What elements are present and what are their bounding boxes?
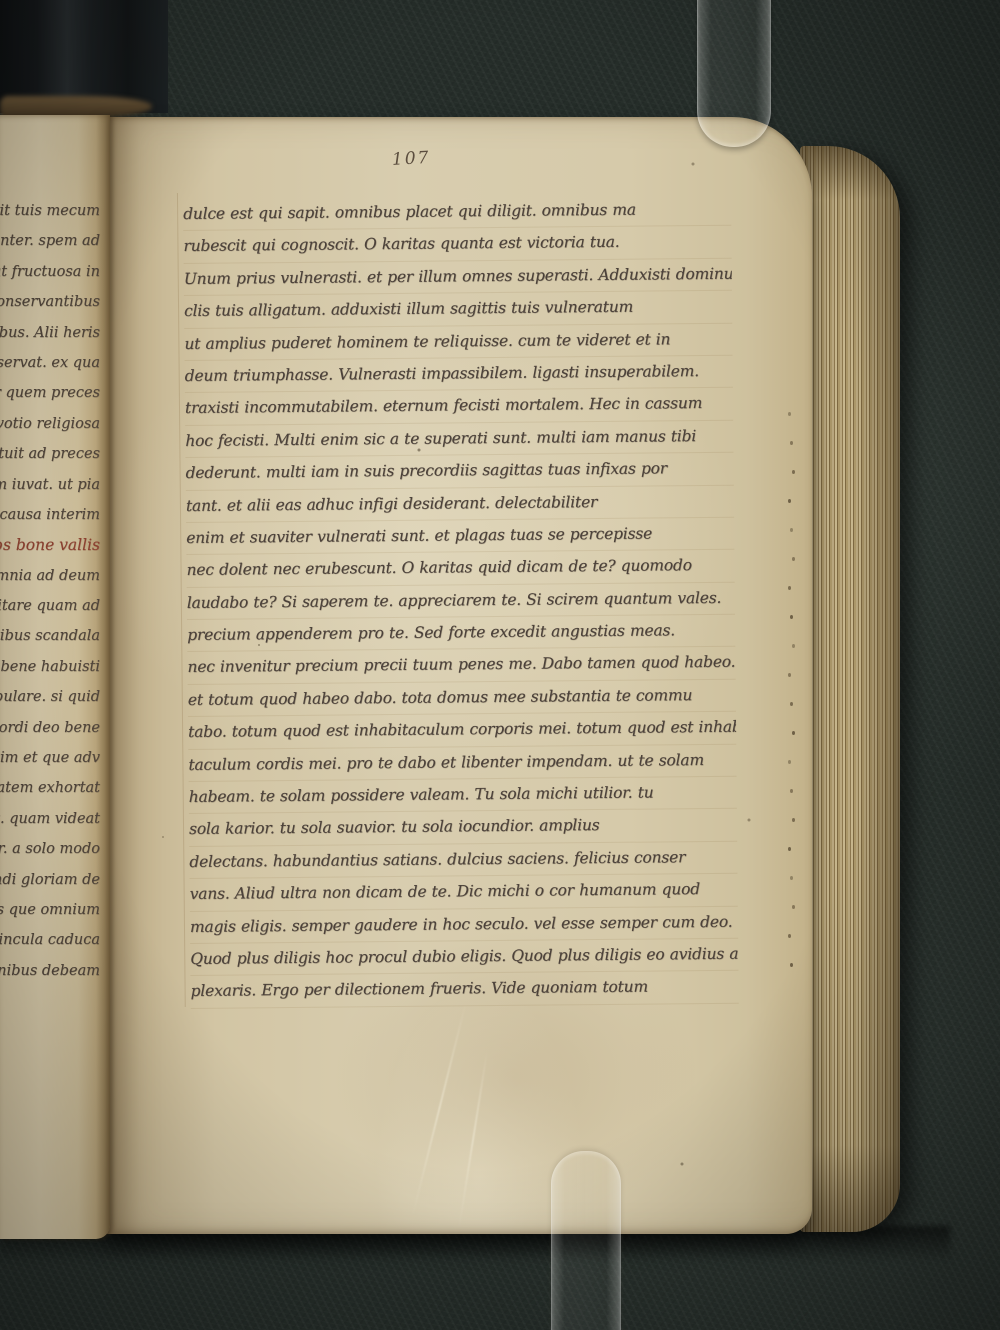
manuscript-photo: 107 dulce est qui sapit. omnibus placet … <box>0 0 1000 1330</box>
photo-vignette <box>0 0 1000 1330</box>
